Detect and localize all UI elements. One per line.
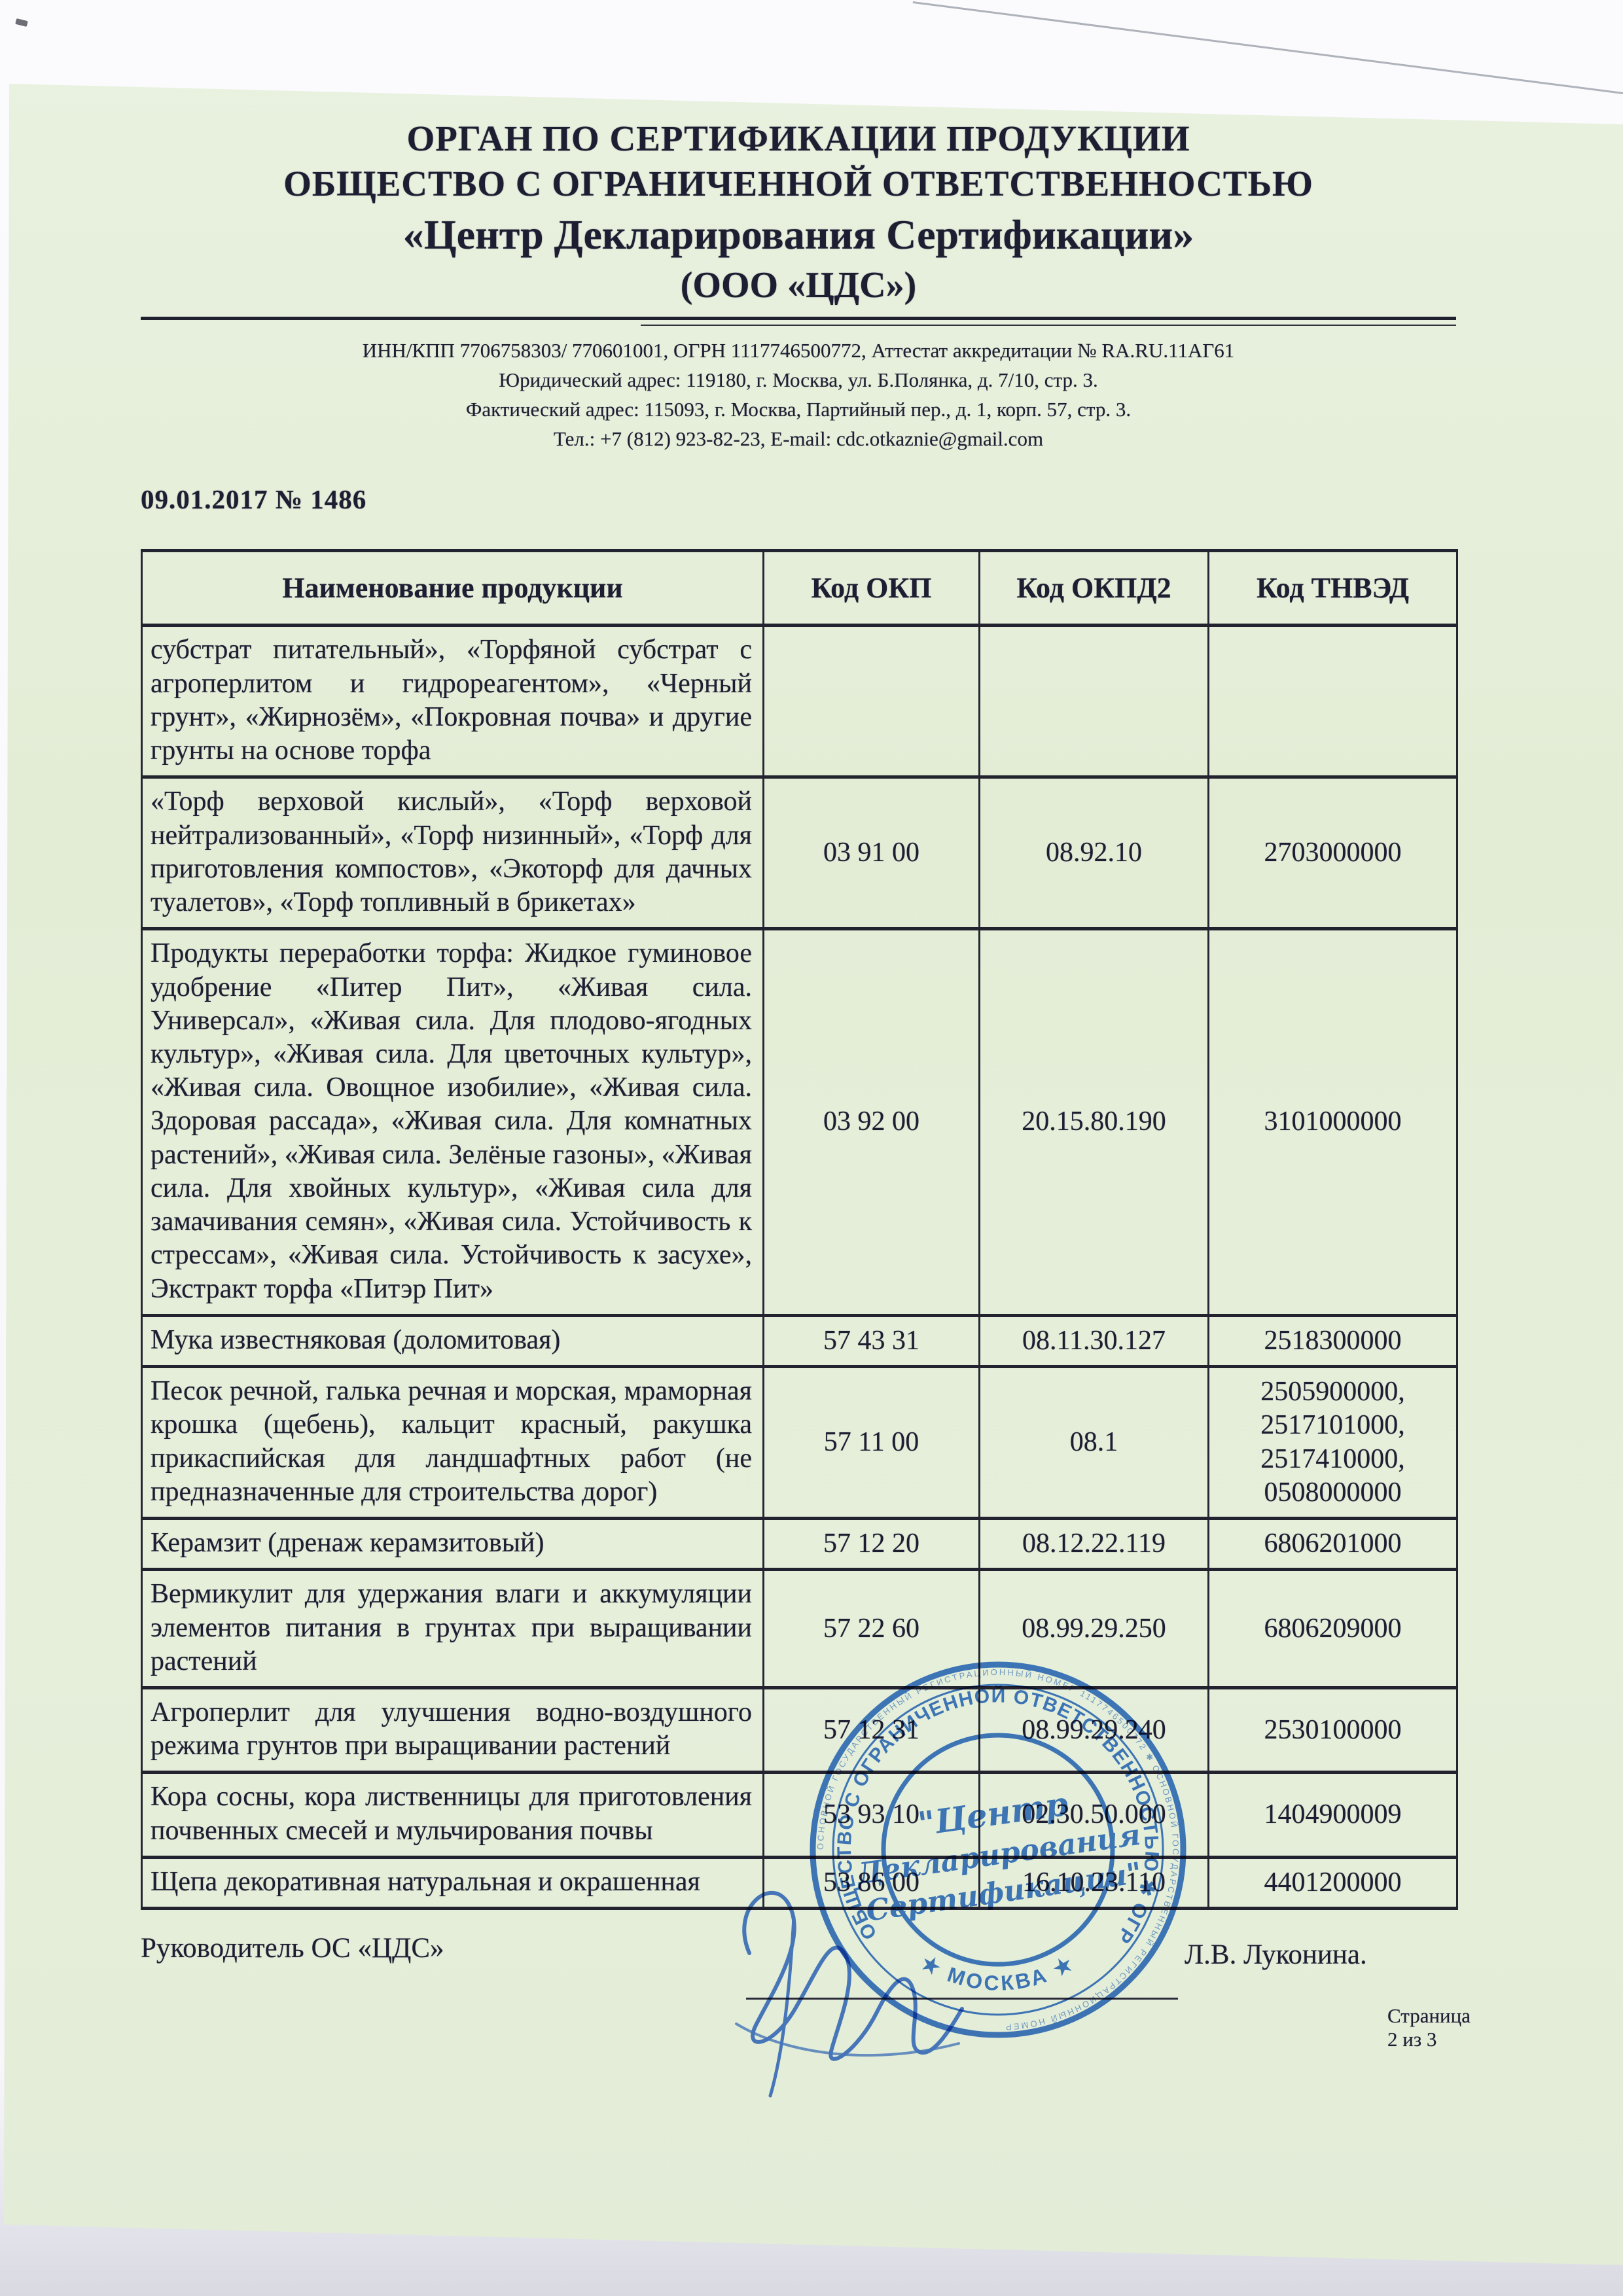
scan-corner-mark [15, 18, 28, 27]
product-name-cell: Щепа декоративная натуральная и окрашенн… [142, 1857, 764, 1908]
table-row: Кора сосны, кора лиственницы для пригото… [142, 1773, 1457, 1857]
tnved-code-cell: 2505900000, 2517101000, 2517410000, 0508… [1209, 1367, 1457, 1519]
okpd2-code-cell: 08.12.22.119 [980, 1519, 1209, 1570]
okpd2-code-cell: 08.92.10 [980, 777, 1209, 929]
org-header-line1: ОРГАН ПО СЕРТИФИКАЦИИ ПРОДУКЦИИ [141, 118, 1456, 159]
tnved-code-cell: 4401200000 [1209, 1857, 1457, 1908]
page-number-label: Страница 2 из 3 [1387, 2004, 1471, 2051]
product-name-cell: субстрат питательный», «Торфяной субстра… [142, 626, 764, 777]
org-header-line2: ОБЩЕСТВО С ОГРАНИЧЕННОЙ ОТВЕТСТВЕННОСТЬЮ [141, 163, 1456, 204]
okp-code-cell: 57 11 00 [764, 1367, 980, 1519]
okp-code-cell: 57 12 20 [764, 1519, 980, 1570]
okp-code-cell: 03 92 00 [764, 929, 980, 1316]
okpd2-code-cell: 20.15.80.190 [980, 929, 1209, 1316]
scan-edge-artifact-line [913, 1, 1623, 99]
product-codes-table: Наименование продукции Код ОКП Код ОКПД2… [141, 549, 1458, 1910]
okp-code-cell: 57 43 31 [764, 1315, 980, 1366]
signer-name: Л.В. Луконина. [1185, 1939, 1367, 1971]
product-name-cell: «Торф верховой кислый», «Торф верховой н… [142, 777, 764, 929]
tnved-code-cell: 2703000000 [1209, 777, 1457, 929]
org-requisites: ИНН/КПП 7706758303/ 770601001, ОГРН 1117… [141, 336, 1456, 454]
okpd2-code-cell [980, 626, 1209, 777]
tnved-code-cell: 1404900009 [1209, 1773, 1457, 1857]
table-header-row: Наименование продукции Код ОКП Код ОКПД2… [142, 550, 1457, 626]
column-header-okpd2-code: Код ОКПД2 [980, 550, 1209, 626]
product-name-cell: Вермикулит для удержания влаги и аккумул… [142, 1570, 764, 1688]
column-header-tnved-code: Код ТНВЭД [1209, 550, 1457, 626]
product-name-cell: Песок речной, галька речная и морская, м… [142, 1367, 764, 1519]
column-header-okp-code: Код ОКП [764, 550, 980, 626]
product-name-cell: Мука известняковая (доломитовая) [142, 1315, 764, 1366]
product-name-cell: Керамзит (дренаж керамзитовый) [142, 1519, 764, 1570]
okpd2-code-cell: 08.1 [980, 1367, 1209, 1519]
tnved-code-cell: 6806201000 [1209, 1519, 1457, 1570]
requisite-legal-address: Юридический адрес: 119180, г. Москва, ул… [141, 366, 1456, 395]
table-row: Продукты переработки торфа: Жидкое гумин… [142, 929, 1457, 1316]
table-row: Керамзит (дренаж керамзитовый) 57 12 20 … [142, 1519, 1457, 1570]
okpd2-code-cell: 08.11.30.127 [980, 1315, 1209, 1366]
header-rule [141, 317, 1456, 320]
org-name: «Центр Декларирования Сертификации» [141, 211, 1456, 259]
table-row: Мука известняковая (доломитовая) 57 43 3… [142, 1315, 1457, 1366]
header-rule-ghost [641, 325, 1456, 326]
tnved-code-cell: 6806209000 [1209, 1570, 1457, 1688]
okp-code-cell [764, 626, 980, 777]
requisite-actual-address: Фактический адрес: 115093, г. Москва, Па… [141, 395, 1456, 425]
org-short-name: (ООО «ЦДС») [141, 264, 1456, 306]
table-row: Агроперлит для улучшения водно-воздушног… [142, 1687, 1457, 1772]
requisite-inn-ogrn: ИНН/КПП 7706758303/ 770601001, ОГРН 1117… [141, 336, 1456, 366]
requisite-phone-email: Тел.: +7 (812) 923-82-23, E-mail: cdc.ot… [141, 425, 1456, 454]
product-name-cell: Продукты переработки торфа: Жидкое гумин… [142, 929, 764, 1316]
table-row: Вермикулит для удержания влаги и аккумул… [142, 1570, 1457, 1688]
tnved-code-cell: 3101000000 [1209, 929, 1457, 1316]
table-row: Песок речной, галька речная и морская, м… [142, 1367, 1457, 1519]
tnved-code-cell [1209, 626, 1457, 777]
document-date-number: 09.01.2017 № 1486 [141, 484, 1456, 515]
table-row: «Торф верховой кислый», «Торф верховой н… [142, 777, 1457, 929]
document-content: ОРГАН ПО СЕРТИФИКАЦИИ ПРОДУКЦИИ ОБЩЕСТВО… [0, 0, 1623, 2051]
product-name-cell: Кора сосны, кора лиственницы для пригото… [142, 1773, 764, 1857]
column-header-product-name: Наименование продукции [142, 550, 764, 626]
handwritten-signature [710, 1855, 985, 2104]
signer-title: Руководитель ОС «ЦДС» [141, 1932, 444, 1964]
tnved-code-cell: 2518300000 [1209, 1315, 1457, 1366]
product-name-cell: Агроперлит для улучшения водно-воздушног… [142, 1687, 764, 1772]
tnved-code-cell: 2530100000 [1209, 1687, 1457, 1772]
document-paper: ОРГАН ПО СЕРТИФИКАЦИИ ПРОДУКЦИИ ОБЩЕСТВО… [0, 0, 1623, 2296]
scanned-document-page: { "header": { "org_line1": "ОРГАН ПО СЕР… [0, 0, 1623, 2296]
signature-block: Руководитель ОС «ЦДС» Л.В. Луконина. Стр… [141, 1920, 1456, 2051]
table-row: субстрат питательный», «Торфяной субстра… [142, 626, 1457, 777]
okp-code-cell: 03 91 00 [764, 777, 980, 929]
